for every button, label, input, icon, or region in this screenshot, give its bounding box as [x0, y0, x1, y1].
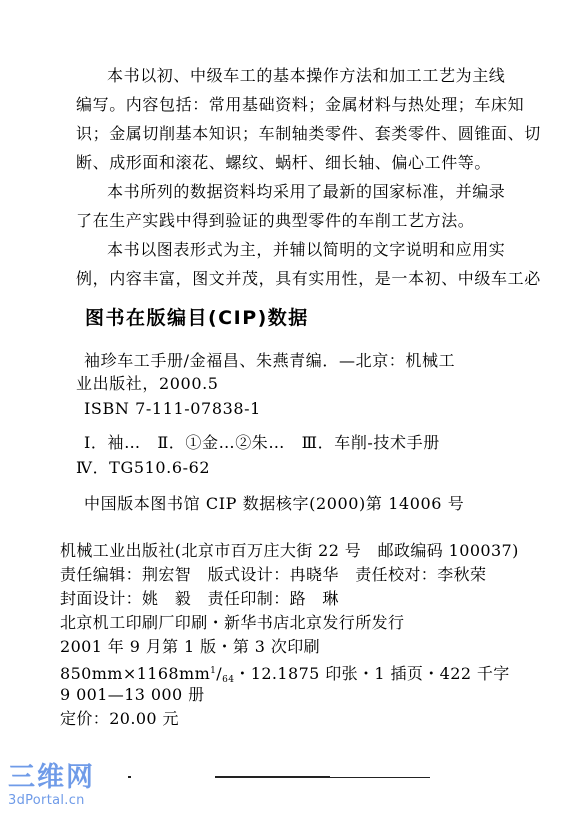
description-line: 本书以图表形式为主，并辅以简明的文字说明和应用实: [107, 240, 505, 260]
description-line: 识；金属切削基本知识；车制轴类零件、套类零件、圆锥面、切: [76, 124, 541, 144]
printer: 北京机工印刷厂印刷・新华书店北京发行所发行: [60, 613, 404, 633]
isbn: ISBN 7-111-07838-1: [84, 399, 261, 419]
description-line: 例，内容丰富，图文并茂，具有实用性，是一本初、中级车工必: [76, 269, 541, 289]
copyright-page: 本书以初、中级车工的基本操作方法和加工工艺为主线 编写。内容包括：常用基础资料；…: [0, 0, 577, 816]
format-size: 850mm×1168mm: [60, 664, 210, 683]
cip-number: 中国版本图书馆 CIP 数据核字(2000)第 14006 号: [84, 494, 464, 514]
watermark-en: 3dPortal.cn: [8, 793, 103, 809]
description-line: 了在生产实践中得到验证的典型零件的车削工艺方法。: [76, 211, 474, 231]
scan-artifact: [330, 777, 430, 778]
cip-entry: 袖珍车工手册/金福昌、朱燕青编．—北京：机械工: [84, 351, 455, 371]
cip-entry: 业出版社，2000.5: [76, 374, 219, 394]
format-details: ・12.1875 印张・1 插页・422 千字: [234, 664, 509, 683]
edition: 2001 年 9 月第 1 版・第 3 次印刷: [60, 637, 320, 657]
cover-design: 封面设计：姚 毅 责任印制：路 琳: [60, 589, 339, 609]
scan-artifact: [128, 776, 131, 778]
print-run: 9 001—13 000 册: [60, 685, 204, 705]
cip-classification: Ⅳ．TG510.6-62: [76, 458, 210, 478]
price: 定价：20.00 元: [60, 709, 179, 729]
watermark-cn: 三维网: [8, 763, 103, 793]
format-sub: 64: [222, 675, 234, 685]
cip-subjects: Ⅰ．袖… Ⅱ．①金…②朱… Ⅲ．车削-技术手册: [84, 433, 440, 453]
description-line: 本书所列的数据资料均采用了最新的国家标准，并编录: [107, 182, 505, 202]
description-line: 编写。内容包括：常用基础资料；金属材料与热处理；车床知: [76, 95, 524, 115]
cip-heading: 图书在版编目(CIP)数据: [85, 303, 309, 330]
description-line: 断、成形面和滚花、螺纹、蜗杆、细长轴、偏心工件等。: [76, 153, 491, 173]
editors: 责任编辑：荆宏智 版式设计：冉晓华 责任校对：李秋荣: [60, 565, 486, 585]
description-line: 本书以初、中级车工的基本操作方法和加工工艺为主线: [107, 66, 505, 86]
watermark-logo: 三维网 3dPortal.cn: [8, 763, 103, 813]
scan-artifact: [215, 776, 330, 778]
publisher: 机械工业出版社(北京市百万庄大街 22 号 邮政编码 100037): [60, 541, 519, 561]
format-sup: 1: [210, 666, 216, 676]
